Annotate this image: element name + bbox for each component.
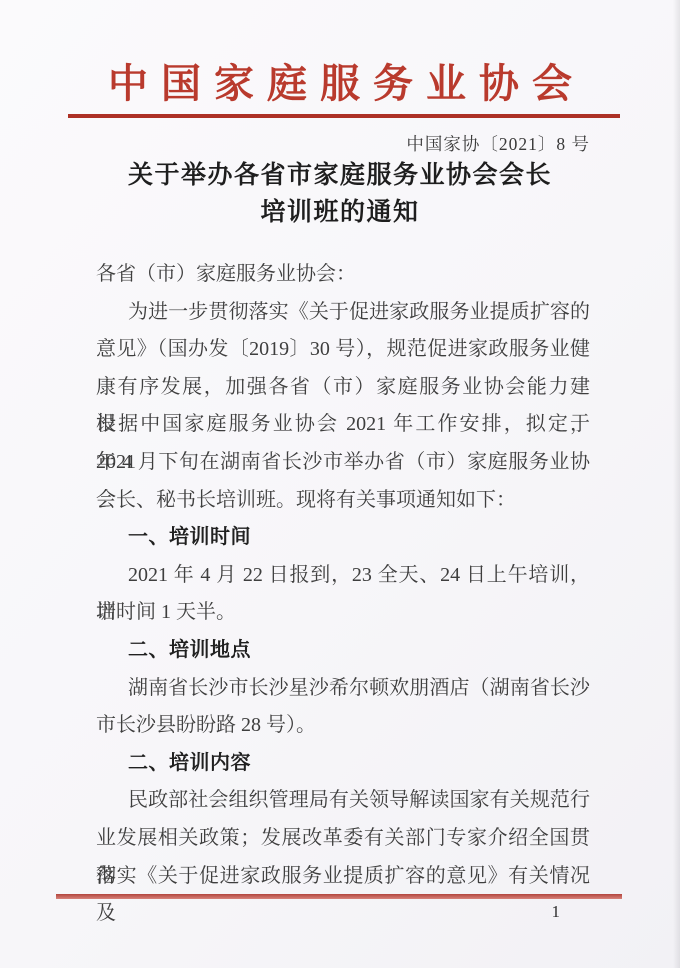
body-line: 年 4 月下旬在湖南省长沙市举办省（市）家庭服务业协会 [96, 444, 590, 482]
body-line: 为进一步贯彻落实《关于促进家政服务业提质扩容的 [96, 294, 590, 332]
document-body: 各省（市）家庭服务业协会： 为进一步贯彻落实《关于促进家政服务业提质扩容的 意见… [96, 256, 590, 895]
body-line: 根据中国家庭服务业协会 2021 年工作安排，拟定于 2021 [96, 406, 590, 444]
doc-title-line1: 关于举办各省市家庭服务业协会会长 [0, 157, 680, 194]
body-line: 民政部社会组织管理局有关领导解读国家有关规范行 [96, 782, 590, 820]
section-heading-training-time: 一、培训时间 [96, 519, 590, 557]
body-line: 康有序发展，加强各省（市）家庭服务业协会能力建设， [96, 369, 590, 407]
body-line: 2021 年 4 月 22 日报到，23 全天、24 日上午培训，培 [96, 557, 590, 595]
salutation: 各省（市）家庭服务业协会： [96, 256, 590, 294]
page-number: 1 [0, 902, 560, 922]
body-line: 会长、秘书长培训班。现将有关事项通知如下： [96, 482, 590, 520]
section-heading-training-content: 二、培训内容 [96, 745, 590, 783]
body-line: 意见》（国办发〔2019〕30 号），规范促进家政服务业健 [96, 331, 590, 369]
header-rule [68, 114, 620, 118]
document-page: 中国家庭服务业协会 中国家协〔2021〕8 号 关于举办各省市家庭服务业协会会长… [0, 0, 680, 968]
body-line: 落实《关于促进家政服务业提质扩容的意见》有关情况及 [96, 858, 590, 896]
doc-title-line2: 培训班的通知 [0, 194, 680, 231]
doc-number: 中国家协〔2021〕8 号 [0, 131, 590, 156]
body-line: 湖南省长沙市长沙星沙希尔顿欢朋酒店（湖南省长沙 [96, 670, 590, 708]
body-line: 业发展相关政策；发展改革委有关部门专家介绍全国贯彻 [96, 820, 590, 858]
body-line: 训时间 1 天半。 [96, 594, 590, 632]
org-name: 中国家庭服务业协会 [0, 60, 680, 108]
doc-title: 关于举办各省市家庭服务业协会会长 培训班的通知 [0, 157, 680, 231]
section-heading-training-place: 二、培训地点 [96, 632, 590, 670]
footer-rule [56, 894, 622, 899]
body-line: 市长沙县盼盼路 28 号）。 [96, 707, 590, 745]
